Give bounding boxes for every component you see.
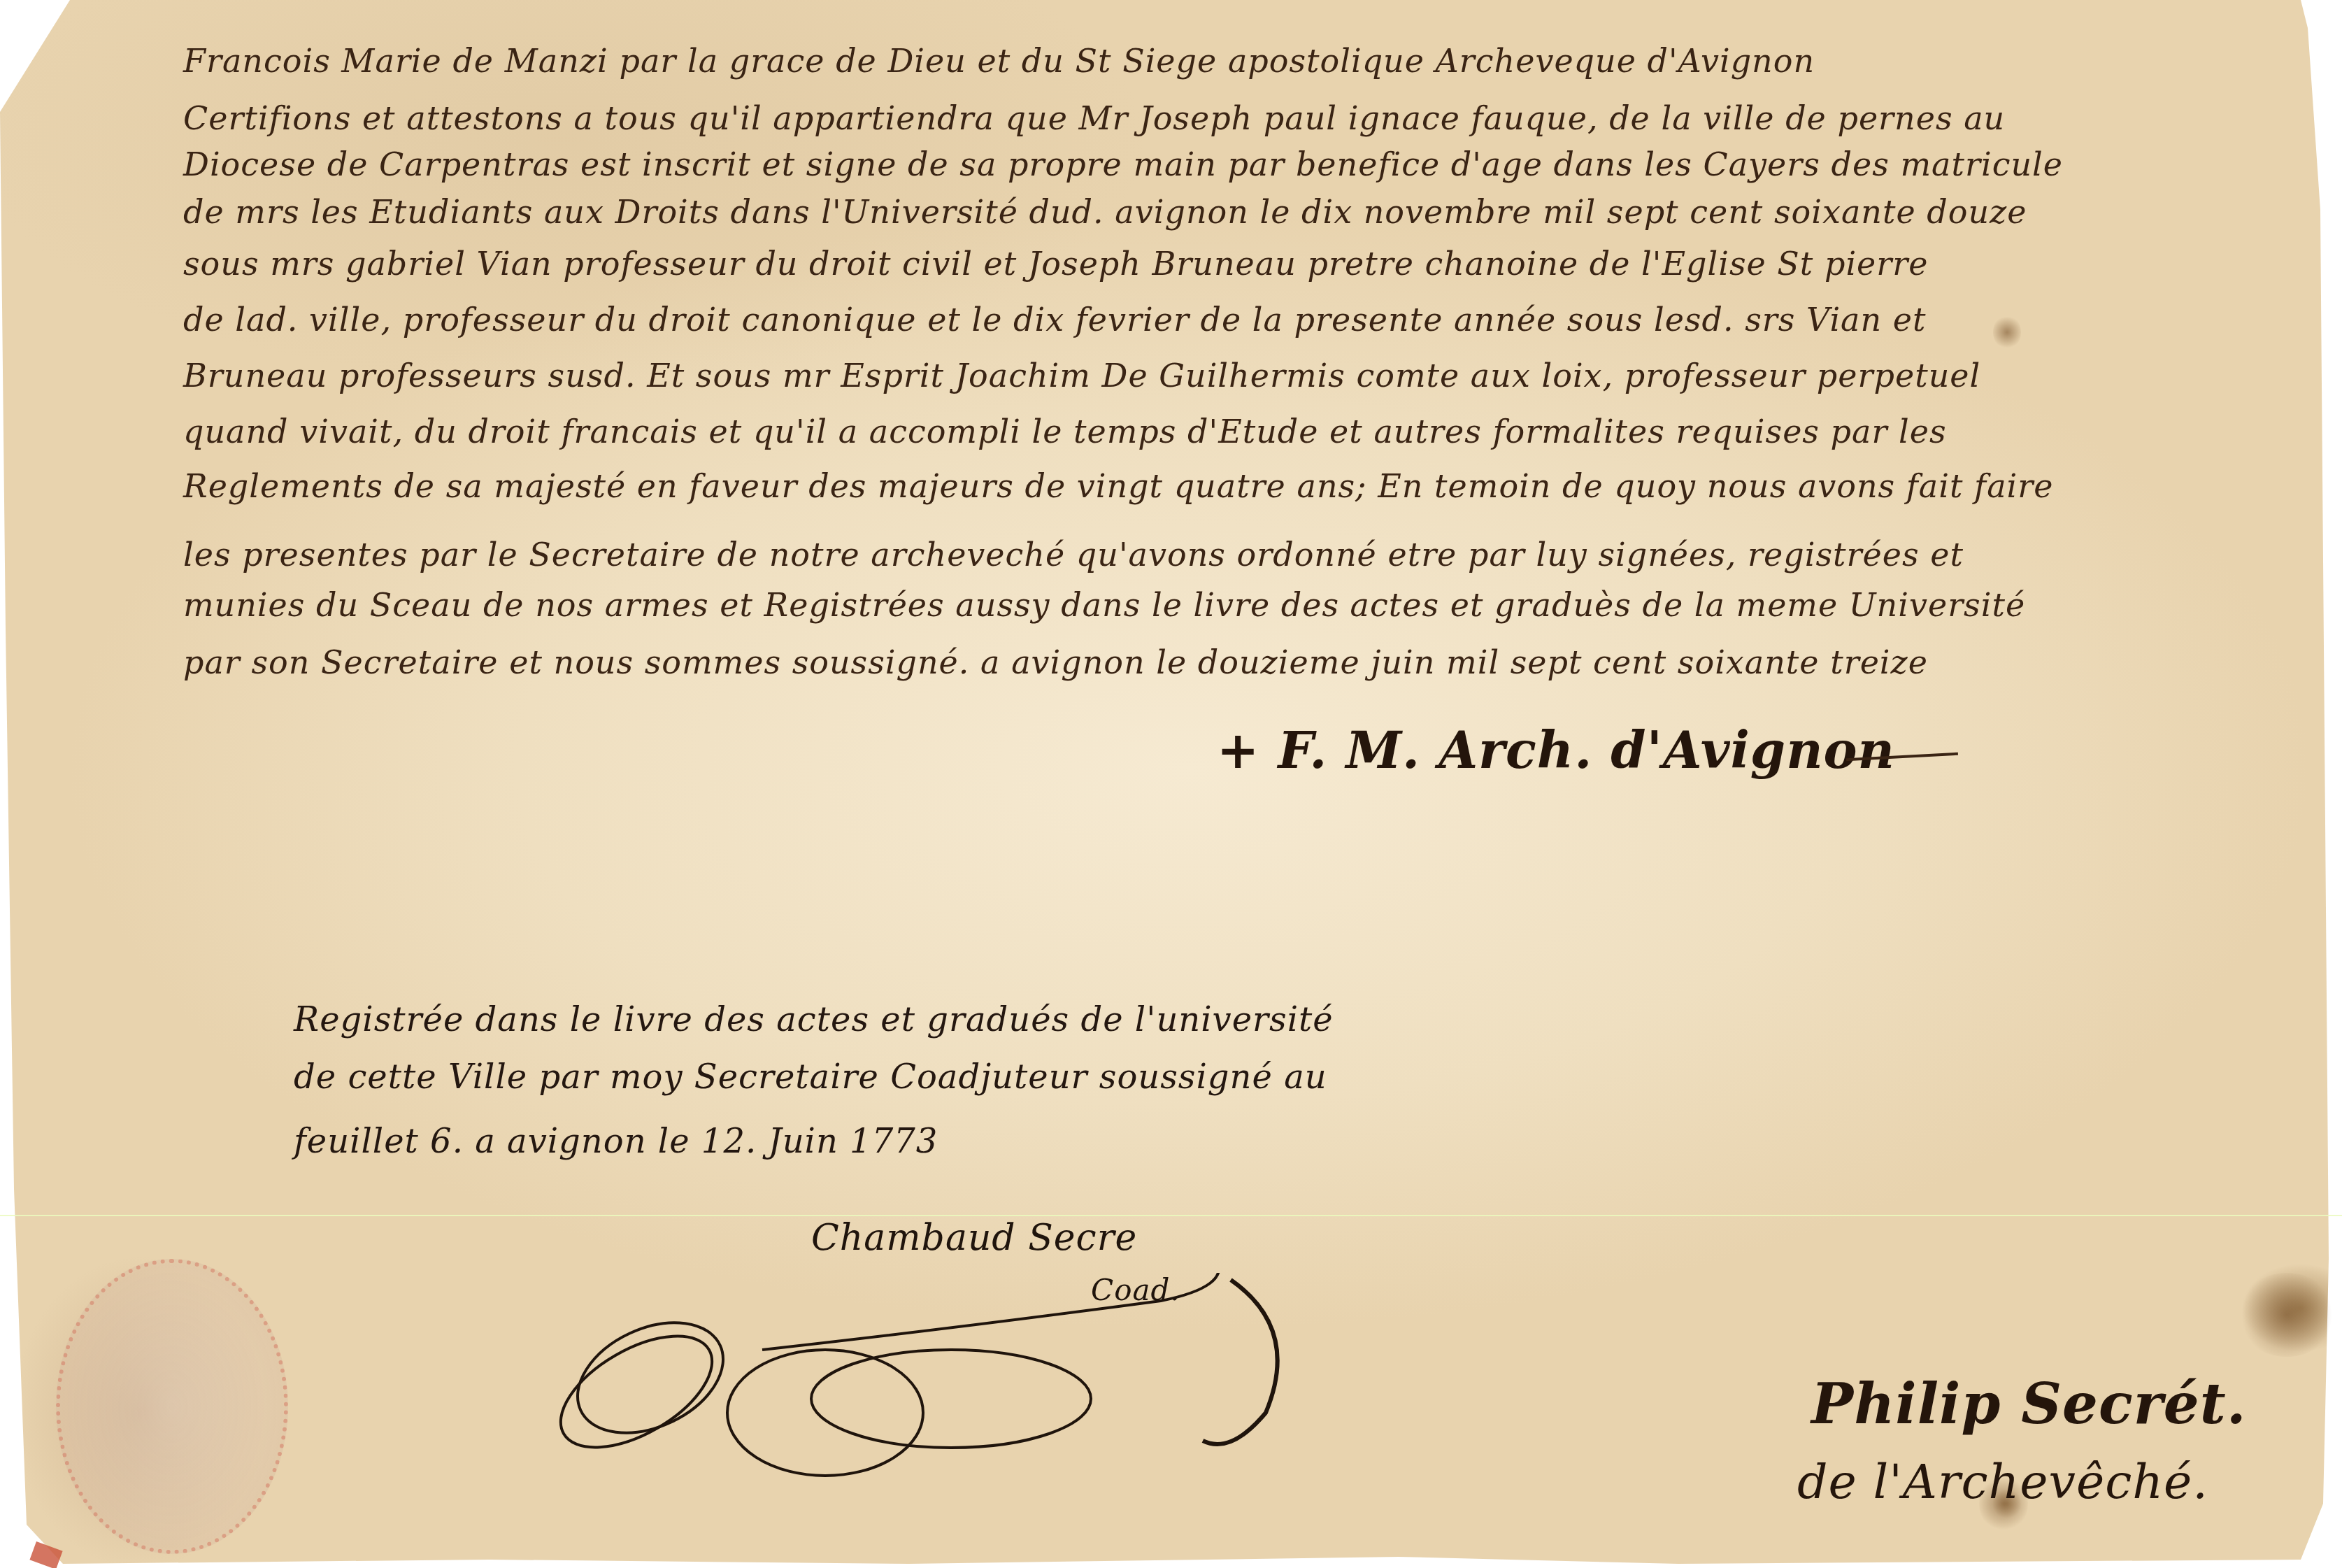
body-line: par son Secretaire et nous sommes soussi… (183, 643, 1928, 681)
body-line: Diocese de Carpentras est inscrit et sig… (183, 145, 2063, 183)
secretary-title: de l'Archevêché. (1797, 1455, 2208, 1510)
water-stain (2238, 1273, 2336, 1357)
coadjutor-signature: Chambaud Secre (811, 1217, 1137, 1259)
body-line: Certifions et attestons a tous qu'il app… (183, 99, 2005, 137)
ink-stain (1993, 315, 2021, 350)
body-line: Bruneau professeurs susd. Et sous mr Esp… (183, 357, 1980, 394)
body-line: Reglements de sa majesté en faveur des m… (183, 467, 2054, 505)
body-line: munies du Sceau de nos armes et Registré… (183, 586, 2025, 624)
scan-fold-line (0, 1215, 2342, 1216)
body-line: de lad. ville, professeur du droit canon… (183, 301, 1927, 338)
registration-line: de cette Ville par moy Secretaire Coadju… (294, 1057, 1327, 1097)
body-line: quand vivait, du droit francais et qu'il… (183, 413, 1947, 450)
signature-flourish-icon (531, 1273, 1336, 1483)
wax-seal-impression (56, 1259, 288, 1554)
body-line: de mrs les Etudiants aux Droits dans l'U… (183, 193, 2027, 231)
body-line: sous mrs gabriel Vian professeur du droi… (183, 245, 1929, 283)
registration-line: feuillet 6. a avignon le 12. Juin 1773 (294, 1122, 938, 1161)
secretary-signature: Philip Secrét. (1811, 1371, 2247, 1437)
archbishop-signature: + F. M. Arch. d'Avignon (1217, 720, 1895, 780)
registration-line: Registrée dans le livre des actes et gra… (294, 1000, 1334, 1039)
body-line: les presentes par le Secretaire de notre… (183, 536, 1964, 573)
body-line: Francois Marie de Manzi par la grace de … (183, 42, 1815, 80)
